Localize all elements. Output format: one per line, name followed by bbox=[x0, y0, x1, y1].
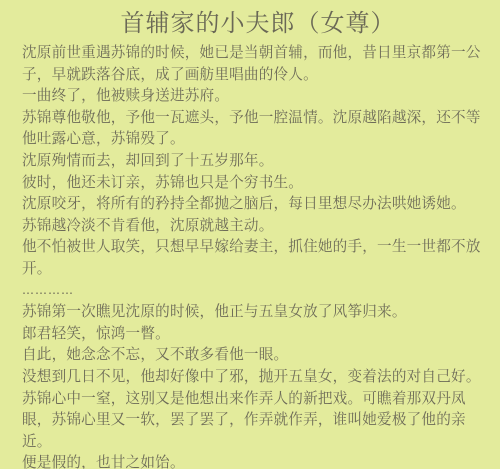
paragraph: 沈原前世重遇苏锦的时候，她已是当朝首辅，而他，昔日里京都第一公子，早就跌落谷底，… bbox=[22, 42, 486, 85]
paragraph: 彼时，他还未订亲，苏锦也只是个穷书生。 bbox=[22, 172, 486, 194]
paragraph: 沈原殉情而去，却回到了十五岁那年。 bbox=[22, 150, 486, 172]
paragraph: 苏锦越冷淡不肯看他，沈原就越主动。 bbox=[22, 215, 486, 237]
paragraph: 便是假的，也甘之如饴。 bbox=[22, 452, 486, 469]
section-separator: ………… bbox=[22, 280, 486, 302]
paragraph: 沈原咬牙，将所有的矜持全都抛之脑后，每日里想尽办法哄她诱她。 bbox=[22, 193, 486, 215]
paragraph: 没想到几日不见，他却好像中了邪，抛开五皇女，变着法的对自己好。 bbox=[22, 366, 486, 388]
paragraph: 他不怕被世人取笑，只想早早嫁给妻主，抓住她的手，一生一世都不放开。 bbox=[22, 236, 486, 279]
document-title: 首辅家的小夫郎（女尊） bbox=[22, 6, 486, 40]
paragraph: 自此，她念念不忘，又不敢多看他一眼。 bbox=[22, 344, 486, 366]
document-page: 首辅家的小夫郎（女尊） 沈原前世重遇苏锦的时候，她已是当朝首辅，而他，昔日里京都… bbox=[0, 0, 500, 469]
synopsis-body: 沈原前世重遇苏锦的时候，她已是当朝首辅，而他，昔日里京都第一公子，早就跌落谷底，… bbox=[22, 42, 486, 469]
paragraph: 一曲终了，他被赎身送进苏府。 bbox=[22, 85, 486, 107]
paragraph: 苏锦第一次瞧见沈原的时候，他正与五皇女放了风筝归来。 bbox=[22, 301, 486, 323]
paragraph: 苏锦尊他敬他，予他一瓦遮头，予他一腔温情。沈原越陷越深，还不等他吐露心意，苏锦殁… bbox=[22, 107, 486, 150]
paragraph: 郎君轻笑，惊鸿一瞥。 bbox=[22, 323, 486, 345]
paragraph: 苏锦心中一窒，这别又是他想出来作弄人的新把戏。可瞧着那双丹凤眼，苏锦心里又一软，… bbox=[22, 388, 486, 453]
